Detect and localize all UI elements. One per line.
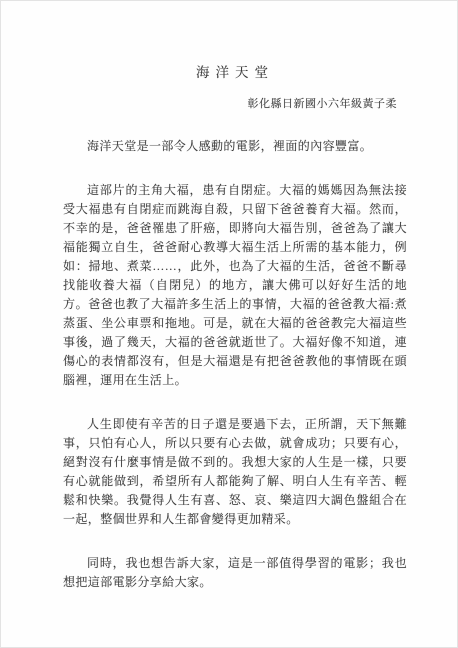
document-page: 海洋天堂 彰化縣日新國小六年級黃子柔 海洋天堂是一部令人感動的電影，裡面的內容豐… (0, 0, 458, 648)
essay-byline: 彰化縣日新國小六年級黃子柔 (63, 95, 407, 111)
essay-paragraph-closing: 同時，我也想告訴大家，這是一部值得學習的電影；我也想把這部電影分享給大家。 (63, 554, 407, 592)
essay-title: 海洋天堂 (63, 61, 407, 81)
essay-paragraph-intro: 海洋天堂是一部令人感動的電影，裡面的內容豐富。 (63, 137, 407, 156)
essay-paragraph-plot: 這部片的主角大福，患有自閉症。大福的媽媽因為無法接受大福患有自閉症而跳海自殺，只… (63, 181, 407, 390)
essay-body: 海洋天堂是一部令人感動的電影，裡面的內容豐富。 這部片的主角大福，患有自閉症。大… (63, 137, 407, 592)
essay-paragraph-reflection: 人生即使有辛苦的日子還是要過下去，正所謂，天下無難事，只怕有心人，所以只要有心去… (63, 415, 407, 529)
